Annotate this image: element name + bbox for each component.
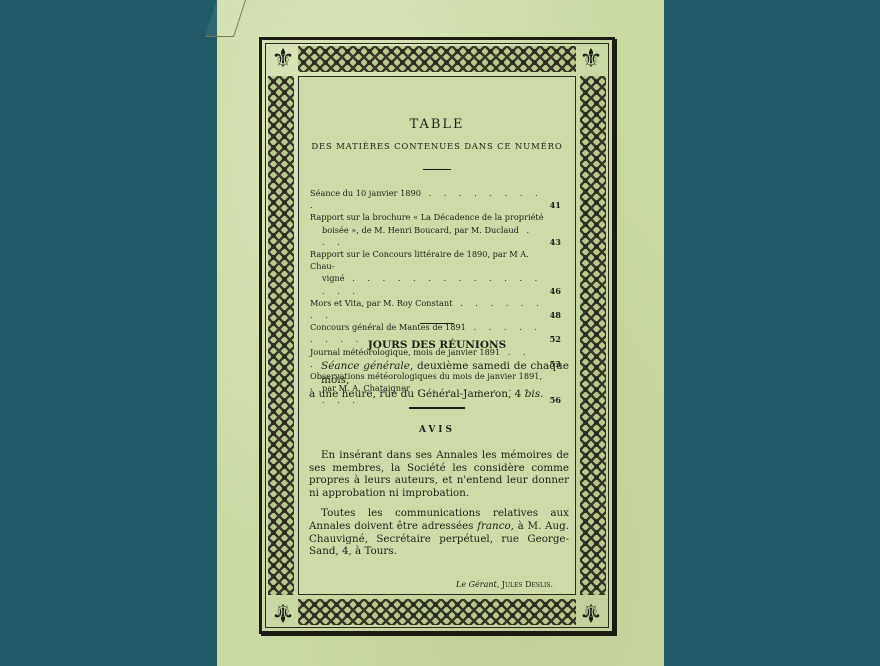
divider (423, 169, 451, 170)
meetings-text: Séance générale, deuxième samedi de chaq… (309, 359, 569, 401)
fleur-de-lis-icon: ⚜ (268, 44, 298, 74)
ornament-band-top (298, 46, 576, 72)
ornament-band-left (268, 76, 294, 595)
divider (409, 407, 465, 409)
fleur-de-lis-icon: ⚜ (576, 597, 606, 627)
text-panel: TABLE DES MATIÈRES CONTENUES DANS CE NUM… (298, 76, 576, 595)
signature: Le Gérant, Jules Deslis. (456, 580, 553, 589)
folded-corner (205, 0, 246, 37)
fleur-de-lis-icon: ⚜ (268, 597, 298, 627)
toc-page-number: 41 (545, 199, 561, 211)
notice-heading: AVIS (299, 425, 575, 435)
ornamental-border-frame: ⚜ ⚜ ⚜ ⚜ TABLE DES MATIÈRES CONTENUES DAN… (259, 37, 615, 634)
toc-page-number: 48 (545, 309, 561, 321)
toc-entry: Rapport sur la brochure « La Décadence d… (310, 211, 561, 248)
toc-entry: Rapport sur le Concours littéraire de 18… (310, 248, 561, 297)
page-title: TABLE (299, 117, 575, 132)
ornament-band-bottom (298, 599, 576, 625)
toc-page-number: 43 (545, 236, 561, 248)
notice-text: En insérant dans ses Annales les mémoire… (309, 449, 569, 566)
ornament-band-right (580, 76, 606, 595)
meetings-heading: JOURS DES RÉUNIONS (299, 339, 575, 351)
divider (420, 323, 454, 324)
document-page: ⚜ ⚜ ⚜ ⚜ TABLE DES MATIÈRES CONTENUES DAN… (217, 0, 664, 666)
toc-entry: Mors et Vita, par M. Roy Constant . . . … (310, 297, 561, 321)
toc-page-number: 46 (545, 285, 561, 297)
toc-entry: Séance du 10 janvier 1890 . . . . . . . … (310, 187, 561, 211)
fleur-de-lis-icon: ⚜ (576, 44, 606, 74)
page-subtitle: DES MATIÈRES CONTENUES DANS CE NUMÉRO (299, 142, 575, 152)
